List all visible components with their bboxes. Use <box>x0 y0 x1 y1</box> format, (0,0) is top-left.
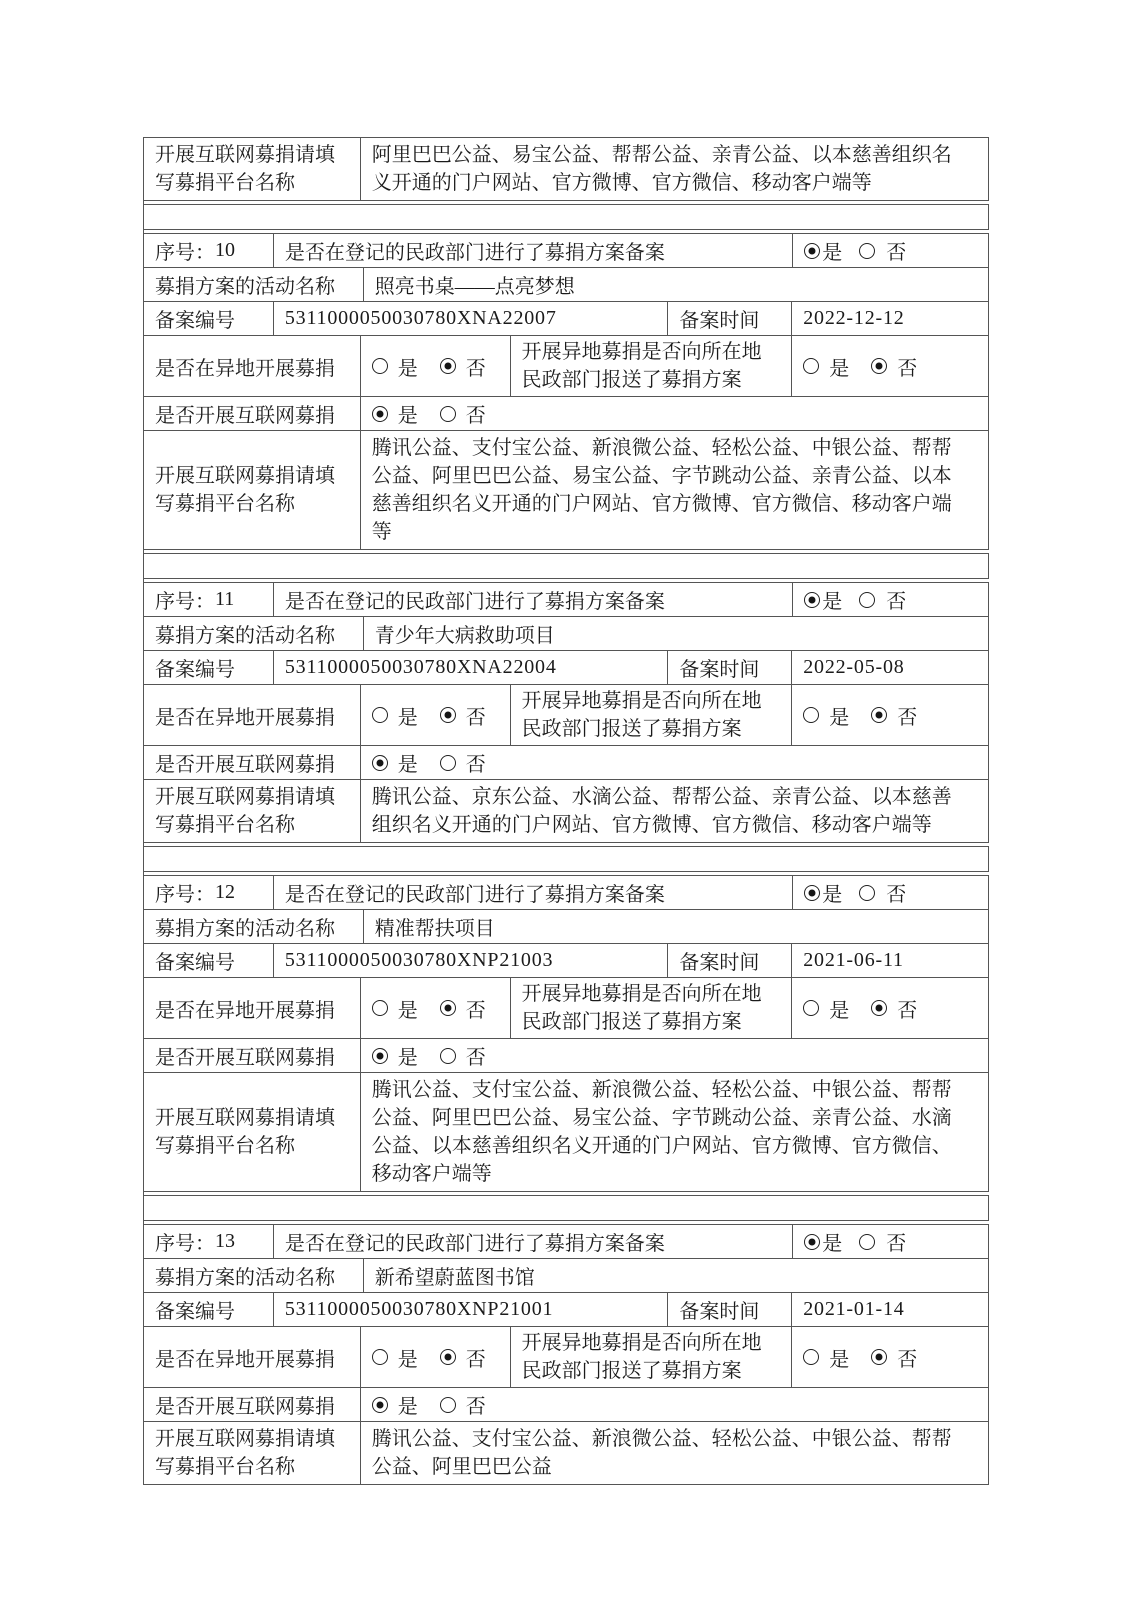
radio-option-yes[interactable]: 是 <box>804 236 842 265</box>
radio-unselected-icon <box>440 1048 456 1064</box>
activity-label-cell: 募捐方案的活动名称 <box>144 617 364 651</box>
platform-value-cell: 腾讯公益、京东公益、水滴公益、帮帮公益、亲青公益、以本慈善 组织名义开通的门户网… <box>361 780 989 843</box>
seq-row: 序号：13 是否在登记的民政部门进行了募捐方案备案 是 否 <box>144 1224 989 1259</box>
seq-row: 序号：11 是否在登记的民政部门进行了募捐方案备案 是 否 <box>144 582 989 617</box>
radio-option-yes[interactable]: 是 <box>372 1343 418 1372</box>
filed-radio-cell: 是 否 <box>793 582 989 617</box>
offsite-radio-group: 是 否 <box>372 1343 486 1372</box>
platform-row: 开展互联网募捐请填 写募捐平台名称 腾讯公益、京东公益、水滴公益、帮帮公益、亲青… <box>144 780 989 843</box>
platform-label-cell: 开展互联网募捐请填 写募捐平台名称 <box>144 431 361 550</box>
activity-label: 募捐方案的活动名称 <box>155 912 335 941</box>
radio-selected-icon <box>871 358 887 374</box>
record-date-label: 备案时间 <box>679 304 759 333</box>
offsite-report-radio-cell: 是 否 <box>792 336 989 397</box>
radio-unselected-icon <box>803 1349 819 1365</box>
record-no-label: 备案编号 <box>155 653 235 682</box>
radio-option-no[interactable]: 否 <box>440 1343 486 1372</box>
radio-label-no: 否 <box>466 994 486 1023</box>
radio-label-no: 否 <box>886 1227 906 1256</box>
filed-question: 是否在登记的民政部门进行了募捐方案备案 <box>285 236 665 265</box>
radio-label-no: 否 <box>886 236 906 265</box>
radio-option-yes[interactable]: 是 <box>372 399 418 428</box>
radio-label-no: 否 <box>897 352 917 381</box>
activity-value: 青少年大病救助项目 <box>375 619 555 648</box>
activity-row: 募捐方案的活动名称 新希望蔚蓝图书馆 <box>144 1259 989 1293</box>
radio-selected-icon <box>440 358 456 374</box>
radio-label-yes: 是 <box>398 399 418 428</box>
platform-value: 腾讯公益、支付宝公益、新浪微公益、轻松公益、中银公益、帮帮 公益、阿里巴巴公益、… <box>372 1076 952 1188</box>
seq-cell: 序号：13 <box>144 1224 274 1259</box>
internet-radio-group: 是 否 <box>372 748 486 777</box>
record-no-value: 5311000050030780XNA22007 <box>285 307 557 330</box>
internet-radio-cell: 是 否 <box>361 1388 989 1422</box>
platform-label: 开展互联网募捐请填 写募捐平台名称 <box>155 1104 335 1160</box>
radio-unselected-icon <box>372 1000 388 1016</box>
radio-unselected-icon <box>803 1000 819 1016</box>
radio-unselected-icon <box>372 358 388 374</box>
radio-selected-icon <box>871 1349 887 1365</box>
fundraising-record-table: 开展互联网募捐请填 写募捐平台名称 阿里巴巴公益、易宝公益、帮帮公益、亲青公益、… <box>143 137 989 1485</box>
platform-label: 开展互联网募捐请填 写募捐平台名称 <box>155 462 335 518</box>
radio-label-yes: 是 <box>829 1343 849 1372</box>
record-no-value-cell: 5311000050030780XNP21003 <box>274 944 669 978</box>
radio-label-no: 否 <box>466 352 486 381</box>
offsite-report-radio-cell: 是 否 <box>792 1327 989 1388</box>
radio-option-yes[interactable]: 是 <box>803 352 849 381</box>
record-date-label-cell: 备案时间 <box>668 302 792 336</box>
offsite-report-question-cell: 开展异地募捐是否向所在地 民政部门报送了募捐方案 <box>511 336 793 397</box>
offsite-report-radio-cell: 是 否 <box>792 978 989 1039</box>
offsite-label-cell: 是否在异地开展募捐 <box>144 1327 361 1388</box>
platform-label: 开展互联网募捐请填 写募捐平台名称 <box>155 783 335 839</box>
filed-radio-group: 是 否 <box>804 1227 906 1256</box>
record-date-label-cell: 备案时间 <box>668 1293 792 1327</box>
internet-label-cell: 是否开展互联网募捐 <box>144 746 361 780</box>
radio-label-no: 否 <box>466 1390 486 1419</box>
radio-label-yes: 是 <box>398 748 418 777</box>
radio-option-yes[interactable]: 是 <box>804 585 842 614</box>
radio-selected-icon <box>372 406 388 422</box>
internet-label-cell: 是否开展互联网募捐 <box>144 1388 361 1422</box>
radio-label-no: 否 <box>466 1343 486 1372</box>
radio-label-no: 否 <box>886 585 906 614</box>
record-no-label-cell: 备案编号 <box>144 302 274 336</box>
seq-prefix: 序号： <box>155 236 215 265</box>
seq-number: 10 <box>215 239 235 262</box>
radio-unselected-icon <box>372 1349 388 1365</box>
radio-option-yes[interactable]: 是 <box>372 748 418 777</box>
filed-radio-group: 是 否 <box>804 236 906 265</box>
record-date-value-cell: 2022-05-08 <box>792 651 989 685</box>
platform-value: 腾讯公益、京东公益、水滴公益、帮帮公益、亲青公益、以本慈善 组织名义开通的门户网… <box>372 783 952 839</box>
record-date-value-cell: 2021-06-11 <box>792 944 989 978</box>
radio-selected-icon <box>440 1349 456 1365</box>
radio-option-no[interactable]: 否 <box>859 1227 906 1256</box>
internet-radio-cell: 是 否 <box>361 1039 989 1073</box>
activity-value: 照亮书桌——点亮梦想 <box>375 270 575 299</box>
platform-value: 阿里巴巴公益、易宝公益、帮帮公益、亲青公益、以本慈善组织名 义开通的门户网站、官… <box>372 141 952 197</box>
seq-cell: 序号：12 <box>144 875 274 910</box>
activity-row: 募捐方案的活动名称 照亮书桌——点亮梦想 <box>144 268 989 302</box>
filed-radio-group: 是 否 <box>804 585 906 614</box>
offsite-label-cell: 是否在异地开展募捐 <box>144 978 361 1039</box>
offsite-report-question: 开展异地募捐是否向所在地 民政部门报送了募捐方案 <box>522 1329 762 1385</box>
platform-value-cell: 腾讯公益、支付宝公益、新浪微公益、轻松公益、中银公益、帮帮 公益、阿里巴巴公益、… <box>361 431 989 550</box>
offsite-radio-cell: 是 否 <box>361 1327 511 1388</box>
radio-option-yes[interactable]: 是 <box>372 994 418 1023</box>
offsite-radio-cell: 是 否 <box>361 336 511 397</box>
platform-label: 开展互联网募捐请填 写募捐平台名称 <box>155 141 335 197</box>
record-row: 备案编号 5311000050030780XNP21001 备案时间 2021-… <box>144 1293 989 1327</box>
radio-selected-icon <box>804 1234 820 1250</box>
radio-option-yes[interactable]: 是 <box>372 1390 418 1419</box>
activity-value-cell: 青少年大病救助项目 <box>364 617 989 651</box>
internet-label-cell: 是否开展互联网募捐 <box>144 397 361 431</box>
activity-value: 精准帮扶项目 <box>375 912 495 941</box>
radio-selected-icon <box>372 755 388 771</box>
page: { "colors":{"page_bg":"#ffffff","border"… <box>0 0 1131 1600</box>
offsite-row: 是否在异地开展募捐 是 否 开展异地募捐是否向所在地 民政部门报送了募捐方案 是… <box>144 978 989 1039</box>
activity-label-cell: 募捐方案的活动名称 <box>144 268 364 302</box>
radio-label-no: 否 <box>466 748 486 777</box>
offsite-label-cell: 是否在异地开展募捐 <box>144 336 361 397</box>
offsite-label: 是否在异地开展募捐 <box>155 701 335 730</box>
radio-label-no: 否 <box>897 1343 917 1372</box>
internet-row: 是否开展互联网募捐 是 否 <box>144 397 989 431</box>
platform-row: 开展互联网募捐请填 写募捐平台名称 腾讯公益、支付宝公益、新浪微公益、轻松公益、… <box>144 1073 989 1192</box>
offsite-row: 是否在异地开展募捐 是 否 开展异地募捐是否向所在地 民政部门报送了募捐方案 是… <box>144 336 989 397</box>
record-no-label-cell: 备案编号 <box>144 1293 274 1327</box>
radio-unselected-icon <box>803 707 819 723</box>
radio-selected-icon <box>804 885 820 901</box>
radio-option-yes[interactable]: 是 <box>803 701 849 730</box>
record-row: 备案编号 5311000050030780XNP21003 备案时间 2021-… <box>144 944 989 978</box>
activity-label-cell: 募捐方案的活动名称 <box>144 910 364 944</box>
radio-option-yes[interactable]: 是 <box>372 352 418 381</box>
radio-option-no[interactable]: 否 <box>859 878 906 907</box>
radio-selected-icon <box>871 707 887 723</box>
record-no-label: 备案编号 <box>155 1295 235 1324</box>
record-date-value: 2022-12-12 <box>803 307 904 330</box>
radio-option-yes[interactable]: 是 <box>804 1227 842 1256</box>
radio-unselected-icon <box>440 406 456 422</box>
filed-radio-cell: 是 否 <box>793 1224 989 1259</box>
offsite-report-question: 开展异地募捐是否向所在地 民政部门报送了募捐方案 <box>522 980 762 1036</box>
offsite-report-radio-group: 是 否 <box>803 1343 917 1372</box>
seq-number: 12 <box>215 881 235 904</box>
activity-value: 新希望蔚蓝图书馆 <box>375 1261 535 1290</box>
radio-label-yes: 是 <box>822 236 842 265</box>
record-no-value-cell: 5311000050030780XNP21001 <box>274 1293 669 1327</box>
record-date-label: 备案时间 <box>679 1295 759 1324</box>
section-spacer <box>144 553 989 579</box>
radio-option-no[interactable]: 否 <box>871 994 917 1023</box>
record-date-value-cell: 2022-12-12 <box>792 302 989 336</box>
radio-option-no[interactable]: 否 <box>871 352 917 381</box>
record-row: 备案编号 5311000050030780XNA22004 备案时间 2022-… <box>144 651 989 685</box>
internet-row: 是否开展互联网募捐 是 否 <box>144 1039 989 1073</box>
platform-label-cell: 开展互联网募捐请填 写募捐平台名称 <box>144 780 361 843</box>
radio-label-no: 否 <box>466 701 486 730</box>
offsite-label-cell: 是否在异地开展募捐 <box>144 685 361 746</box>
radio-option-no[interactable]: 否 <box>440 1041 486 1070</box>
seq-cell: 序号：10 <box>144 233 274 268</box>
internet-row: 是否开展互联网募捐 是 否 <box>144 1388 989 1422</box>
filed-question: 是否在登记的民政部门进行了募捐方案备案 <box>285 1227 665 1256</box>
radio-option-no[interactable]: 否 <box>440 701 486 730</box>
platform-row: 开展互联网募捐请填 写募捐平台名称 腾讯公益、支付宝公益、新浪微公益、轻松公益、… <box>144 1422 989 1485</box>
filed-question-cell: 是否在登记的民政部门进行了募捐方案备案 <box>274 875 793 910</box>
section-spacer <box>144 204 989 230</box>
seq-prefix: 序号： <box>155 585 215 614</box>
radio-unselected-icon <box>859 592 875 608</box>
radio-unselected-icon <box>803 358 819 374</box>
radio-option-no[interactable]: 否 <box>859 585 906 614</box>
record-date-label-cell: 备案时间 <box>668 944 792 978</box>
filed-question-cell: 是否在登记的民政部门进行了募捐方案备案 <box>274 582 793 617</box>
seq-prefix: 序号： <box>155 1227 215 1256</box>
radio-label-yes: 是 <box>829 352 849 381</box>
radio-label-yes: 是 <box>398 994 418 1023</box>
radio-unselected-icon <box>859 243 875 259</box>
platform-label: 开展互联网募捐请填 写募捐平台名称 <box>155 1425 335 1481</box>
internet-label: 是否开展互联网募捐 <box>155 1390 335 1419</box>
carryover-platform-row: 开展互联网募捐请填 写募捐平台名称 阿里巴巴公益、易宝公益、帮帮公益、亲青公益、… <box>144 138 989 201</box>
activity-label: 募捐方案的活动名称 <box>155 1261 335 1290</box>
offsite-radio-group: 是 否 <box>372 352 486 381</box>
radio-label-no: 否 <box>466 1041 486 1070</box>
record-date-label-cell: 备案时间 <box>668 651 792 685</box>
radio-label-no: 否 <box>897 701 917 730</box>
seq-cell: 序号：11 <box>144 582 274 617</box>
activity-label: 募捐方案的活动名称 <box>155 619 335 648</box>
activity-value-cell: 新希望蔚蓝图书馆 <box>364 1259 989 1293</box>
radio-option-no[interactable]: 否 <box>440 994 486 1023</box>
activity-label-cell: 募捐方案的活动名称 <box>144 1259 364 1293</box>
radio-label-yes: 是 <box>829 994 849 1023</box>
platform-value: 腾讯公益、支付宝公益、新浪微公益、轻松公益、中银公益、帮帮 公益、阿里巴巴公益、… <box>372 434 952 546</box>
activity-label: 募捐方案的活动名称 <box>155 270 335 299</box>
platform-value-cell: 阿里巴巴公益、易宝公益、帮帮公益、亲青公益、以本慈善组织名 义开通的门户网站、官… <box>361 138 989 201</box>
radio-option-no[interactable]: 否 <box>440 1390 486 1419</box>
section-spacer <box>144 846 989 872</box>
record-no-value: 5311000050030780XNA22004 <box>285 656 557 679</box>
platform-row: 开展互联网募捐请填 写募捐平台名称 腾讯公益、支付宝公益、新浪微公益、轻松公益、… <box>144 431 989 550</box>
record-no-value: 5311000050030780XNP21001 <box>285 1298 553 1321</box>
record-date-value: 2021-06-11 <box>803 949 904 972</box>
platform-value-cell: 腾讯公益、支付宝公益、新浪微公益、轻松公益、中银公益、帮帮 公益、阿里巴巴公益、… <box>361 1073 989 1192</box>
record-no-label-cell: 备案编号 <box>144 944 274 978</box>
radio-label-yes: 是 <box>398 1343 418 1372</box>
record-no-value-cell: 5311000050030780XNA22004 <box>274 651 669 685</box>
offsite-report-question: 开展异地募捐是否向所在地 民政部门报送了募捐方案 <box>522 338 762 394</box>
radio-selected-icon <box>372 1397 388 1413</box>
offsite-radio-cell: 是 否 <box>361 978 511 1039</box>
radio-selected-icon <box>804 243 820 259</box>
record-no-label: 备案编号 <box>155 304 235 333</box>
radio-label-no: 否 <box>886 878 906 907</box>
offsite-row: 是否在异地开展募捐 是 否 开展异地募捐是否向所在地 民政部门报送了募捐方案 是… <box>144 685 989 746</box>
offsite-label: 是否在异地开展募捐 <box>155 1343 335 1372</box>
internet-radio-group: 是 否 <box>372 1390 486 1419</box>
platform-label-cell: 开展互联网募捐请填 写募捐平台名称 <box>144 1422 361 1485</box>
offsite-row: 是否在异地开展募捐 是 否 开展异地募捐是否向所在地 民政部门报送了募捐方案 是… <box>144 1327 989 1388</box>
internet-radio-group: 是 否 <box>372 399 486 428</box>
offsite-report-radio-cell: 是 否 <box>792 685 989 746</box>
record-no-label: 备案编号 <box>155 946 235 975</box>
offsite-radio-group: 是 否 <box>372 994 486 1023</box>
record-row: 备案编号 5311000050030780XNA22007 备案时间 2022-… <box>144 302 989 336</box>
internet-label: 是否开展互联网募捐 <box>155 1041 335 1070</box>
radio-option-yes[interactable]: 是 <box>803 1343 849 1372</box>
radio-option-yes[interactable]: 是 <box>372 701 418 730</box>
activity-value-cell: 照亮书桌——点亮梦想 <box>364 268 989 302</box>
radio-label-yes: 是 <box>398 1390 418 1419</box>
offsite-radio-cell: 是 否 <box>361 685 511 746</box>
radio-label-no: 否 <box>466 399 486 428</box>
radio-unselected-icon <box>440 1397 456 1413</box>
radio-unselected-icon <box>859 885 875 901</box>
internet-label: 是否开展互联网募捐 <box>155 748 335 777</box>
offsite-label: 是否在异地开展募捐 <box>155 994 335 1023</box>
seq-row: 序号：12 是否在登记的民政部门进行了募捐方案备案 是 否 <box>144 875 989 910</box>
radio-selected-icon <box>871 1000 887 1016</box>
radio-label-yes: 是 <box>398 352 418 381</box>
seq-number: 11 <box>215 588 234 611</box>
internet-radio-cell: 是 否 <box>361 746 989 780</box>
activity-value-cell: 精准帮扶项目 <box>364 910 989 944</box>
record-date-value: 2021-01-14 <box>803 1298 904 1321</box>
radio-label-yes: 是 <box>822 1227 842 1256</box>
radio-option-yes[interactable]: 是 <box>372 1041 418 1070</box>
radio-label-yes: 是 <box>398 1041 418 1070</box>
radio-option-yes[interactable]: 是 <box>803 994 849 1023</box>
internet-radio-cell: 是 否 <box>361 397 989 431</box>
seq-prefix: 序号： <box>155 878 215 907</box>
radio-option-no[interactable]: 否 <box>871 701 917 730</box>
record-no-label-cell: 备案编号 <box>144 651 274 685</box>
seq-number: 13 <box>215 1230 235 1253</box>
record-no-value: 5311000050030780XNP21003 <box>285 949 553 972</box>
radio-selected-icon <box>804 592 820 608</box>
record-date-label: 备案时间 <box>679 653 759 682</box>
radio-label-yes: 是 <box>829 701 849 730</box>
internet-label: 是否开展互联网募捐 <box>155 399 335 428</box>
filed-radio-cell: 是 否 <box>793 233 989 268</box>
filed-question-cell: 是否在登记的民政部门进行了募捐方案备案 <box>274 1224 793 1259</box>
internet-row: 是否开展互联网募捐 是 否 <box>144 746 989 780</box>
offsite-report-question-cell: 开展异地募捐是否向所在地 民政部门报送了募捐方案 <box>511 685 793 746</box>
radio-label-no: 否 <box>897 994 917 1023</box>
filed-question: 是否在登记的民政部门进行了募捐方案备案 <box>285 878 665 907</box>
radio-label-yes: 是 <box>822 585 842 614</box>
record-date-value: 2022-05-08 <box>803 656 904 679</box>
filed-radio-cell: 是 否 <box>793 875 989 910</box>
record-date-label: 备案时间 <box>679 946 759 975</box>
radio-option-no[interactable]: 否 <box>440 399 486 428</box>
activity-row: 募捐方案的活动名称 精准帮扶项目 <box>144 910 989 944</box>
offsite-report-radio-group: 是 否 <box>803 701 917 730</box>
radio-selected-icon <box>440 707 456 723</box>
radio-unselected-icon <box>440 755 456 771</box>
seq-row: 序号：10 是否在登记的民政部门进行了募捐方案备案 是 否 <box>144 233 989 268</box>
offsite-report-question: 开展异地募捐是否向所在地 民政部门报送了募捐方案 <box>522 687 762 743</box>
record-no-value-cell: 5311000050030780XNA22007 <box>274 302 669 336</box>
internet-label-cell: 是否开展互联网募捐 <box>144 1039 361 1073</box>
filed-question-cell: 是否在登记的民政部门进行了募捐方案备案 <box>274 233 793 268</box>
radio-option-yes[interactable]: 是 <box>804 878 842 907</box>
radio-unselected-icon <box>372 707 388 723</box>
platform-value-cell: 腾讯公益、支付宝公益、新浪微公益、轻松公益、中银公益、帮帮 公益、阿里巴巴公益 <box>361 1422 989 1485</box>
radio-unselected-icon <box>859 1234 875 1250</box>
radio-label-yes: 是 <box>822 878 842 907</box>
activity-row: 募捐方案的活动名称 青少年大病救助项目 <box>144 617 989 651</box>
offsite-report-radio-group: 是 否 <box>803 994 917 1023</box>
radio-option-no[interactable]: 否 <box>859 236 906 265</box>
filed-question: 是否在登记的民政部门进行了募捐方案备案 <box>285 585 665 614</box>
record-date-value-cell: 2021-01-14 <box>792 1293 989 1327</box>
offsite-report-question-cell: 开展异地募捐是否向所在地 民政部门报送了募捐方案 <box>511 1327 793 1388</box>
radio-label-yes: 是 <box>398 701 418 730</box>
platform-value: 腾讯公益、支付宝公益、新浪微公益、轻松公益、中银公益、帮帮 公益、阿里巴巴公益 <box>372 1425 952 1481</box>
radio-option-no[interactable]: 否 <box>440 748 486 777</box>
platform-label-cell: 开展互联网募捐请填 写募捐平台名称 <box>144 1073 361 1192</box>
radio-selected-icon <box>440 1000 456 1016</box>
radio-option-no[interactable]: 否 <box>871 1343 917 1372</box>
offsite-report-radio-group: 是 否 <box>803 352 917 381</box>
section-spacer <box>144 1195 989 1221</box>
filed-radio-group: 是 否 <box>804 878 906 907</box>
radio-option-no[interactable]: 否 <box>440 352 486 381</box>
internet-radio-group: 是 否 <box>372 1041 486 1070</box>
offsite-label: 是否在异地开展募捐 <box>155 352 335 381</box>
radio-selected-icon <box>372 1048 388 1064</box>
platform-label-cell: 开展互联网募捐请填 写募捐平台名称 <box>144 138 361 201</box>
offsite-report-question-cell: 开展异地募捐是否向所在地 民政部门报送了募捐方案 <box>511 978 793 1039</box>
offsite-radio-group: 是 否 <box>372 701 486 730</box>
